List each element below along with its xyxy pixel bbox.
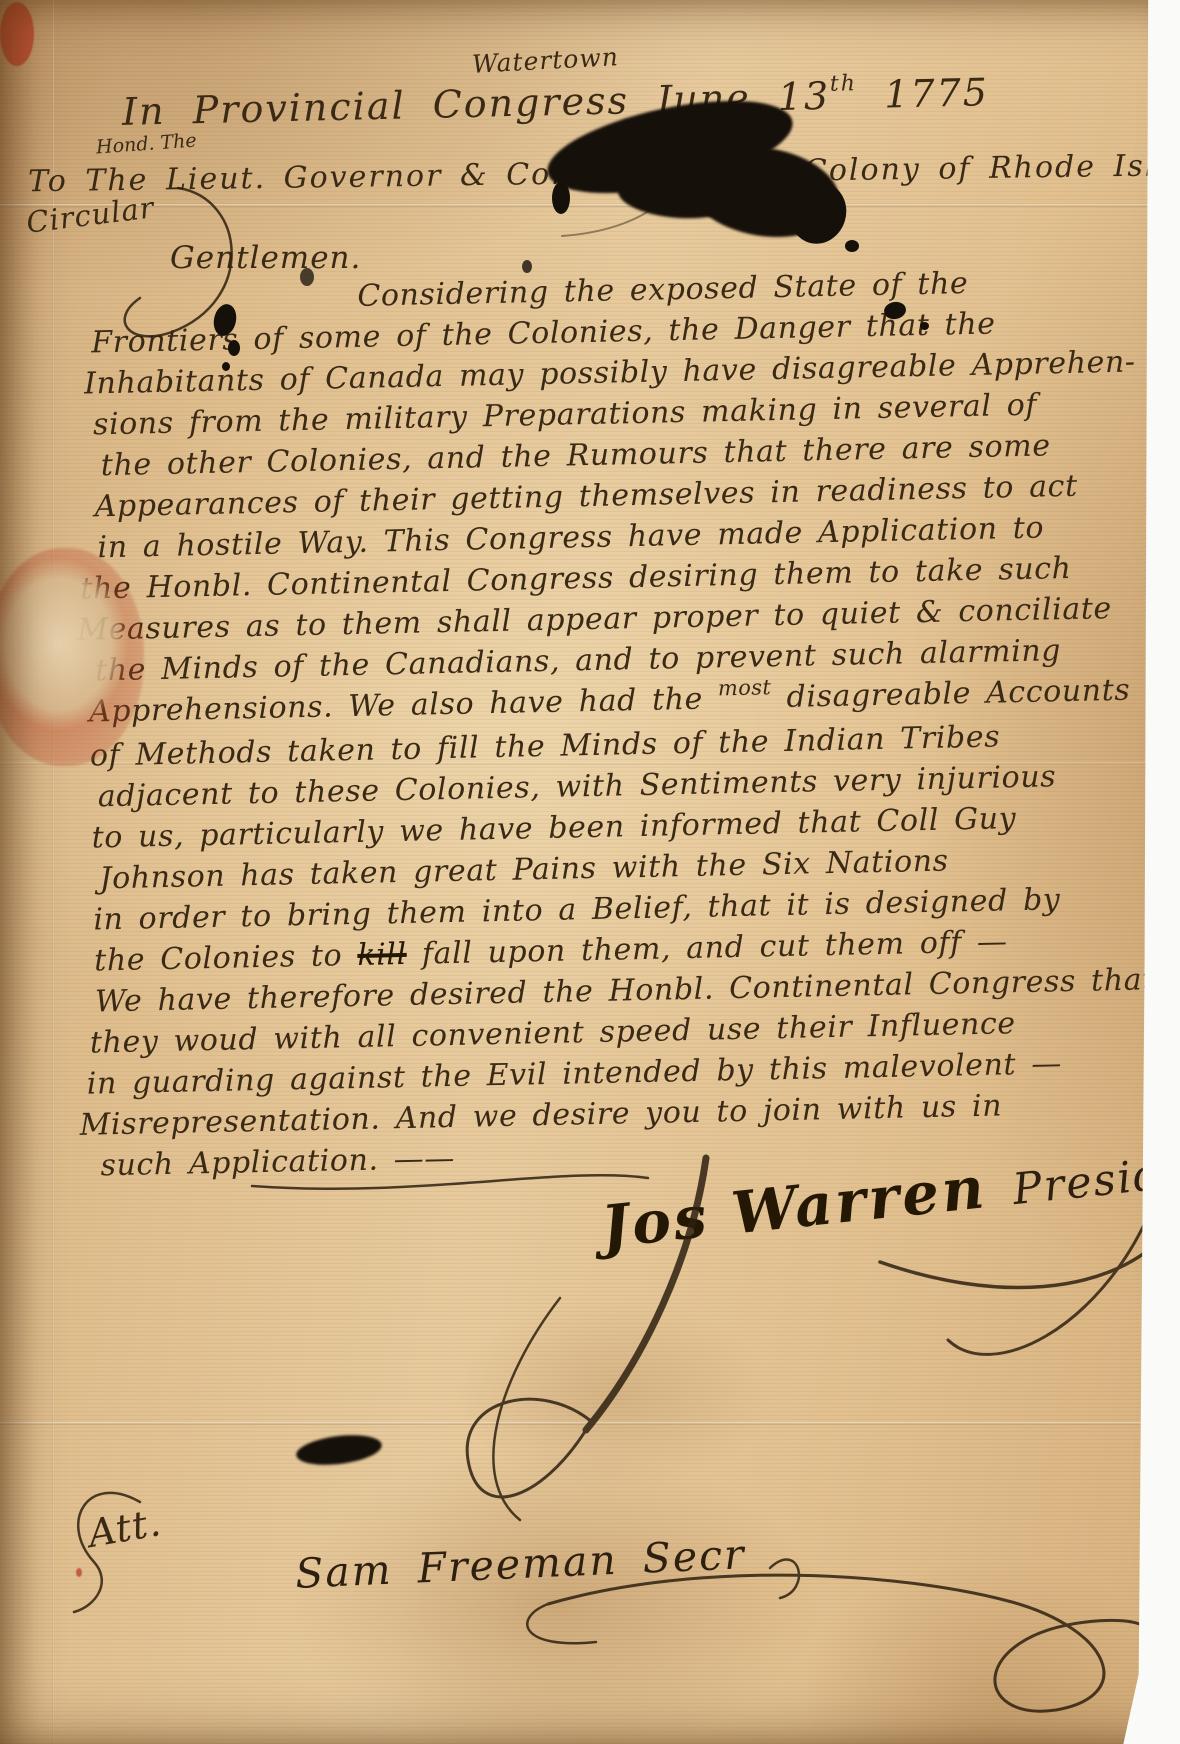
- letter-document: Watertown In Provincial Congress June 13…: [0, 0, 1180, 1744]
- paper-edge-shading: [0, 0, 1180, 1744]
